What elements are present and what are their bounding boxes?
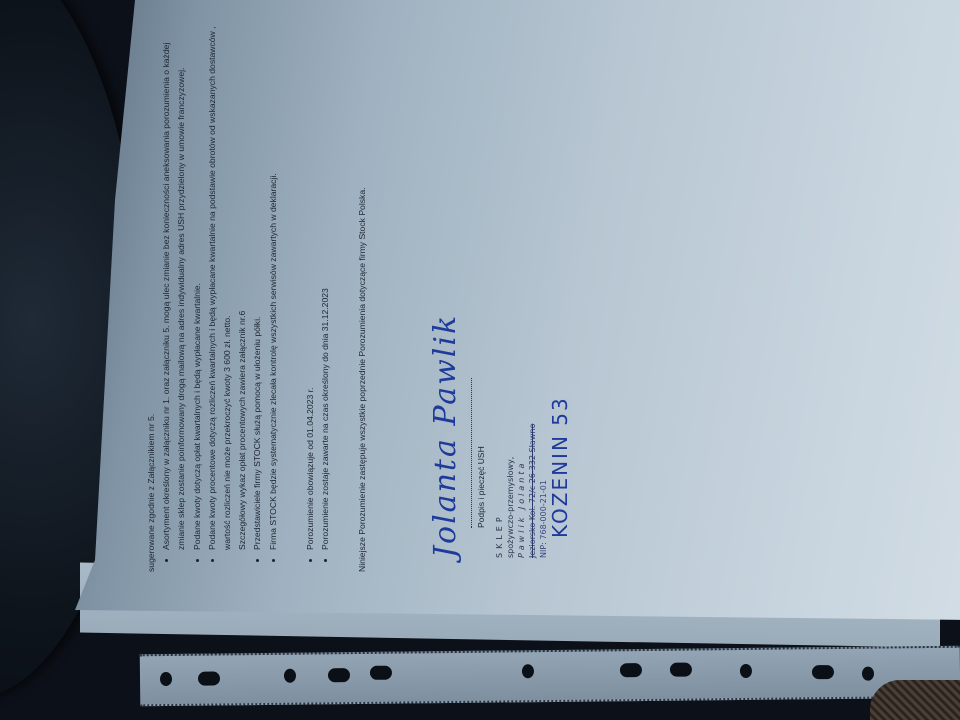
spacer bbox=[333, 12, 355, 572]
bullet-item: Szczegółowy wykaz opłat procentowych zaw… bbox=[235, 12, 250, 550]
bullet-item: Asortyment określony w załączniku nr 1. … bbox=[159, 12, 189, 550]
punch-hole bbox=[862, 667, 874, 681]
punch-hole bbox=[284, 669, 296, 683]
signature-label: Podpis i pieczęć USH bbox=[476, 446, 486, 528]
bullet-item: Przedstawiciele firmy STOCK służą pomocą… bbox=[250, 12, 265, 550]
handwritten-note: KOZENIN 53 bbox=[548, 396, 572, 538]
stamp-line: Pawlik Jolanta bbox=[516, 358, 527, 558]
stamp-line: Jeziorsko Kol. 72/c 26-332 Sławno bbox=[527, 358, 538, 558]
punch-hole bbox=[812, 665, 834, 679]
punch-hole bbox=[370, 666, 392, 680]
punch-hole bbox=[740, 664, 752, 678]
bullet-list-validity: Porozumienie obowiązuje od 01.04.2023 r.… bbox=[303, 12, 333, 572]
fabric-corner bbox=[870, 680, 960, 720]
bullet-item: Firma STOCK będzie systematycznie zlecał… bbox=[266, 12, 281, 550]
company-stamp: SKLEP spożywczo-przemysłowy, Pawlik Jola… bbox=[494, 358, 549, 558]
bullet-list-assortment: Asortyment określony w załączniku nr 1. … bbox=[159, 12, 189, 572]
punch-hole bbox=[522, 664, 534, 678]
punch-hole bbox=[620, 663, 642, 677]
signature-line bbox=[471, 378, 472, 528]
bullet-list-fees: Podane kwoty dotyczą opłat kwartalnych i… bbox=[190, 12, 251, 572]
intro-line: sugerowane zgodnie z Załącznikiem nr 5. bbox=[144, 12, 159, 572]
punch-hole bbox=[328, 668, 350, 682]
punch-hole bbox=[160, 672, 172, 686]
closing-paragraph: Niniejsze Porozumienie zastępuje wszystk… bbox=[355, 12, 370, 572]
bullet-item: Podane kwoty dotyczą opłat kwartalnych i… bbox=[190, 12, 205, 550]
bullet-item: Porozumienie zostaje zawarte na czas okr… bbox=[318, 12, 333, 550]
sheet-protector-strip bbox=[140, 646, 960, 707]
document-text: sugerowane zgodnie z Załącznikiem nr 5. … bbox=[144, 12, 370, 572]
stamp-line: spożywczo-przemysłowy, bbox=[505, 358, 516, 558]
handwritten-signature: Jolanta Pawlik bbox=[428, 314, 463, 558]
stamp-line: SKLEP bbox=[494, 358, 505, 558]
bullet-list-stock: Przedstawiciele firmy STOCK służą pomocą… bbox=[250, 12, 280, 572]
bullet-item: Porozumienie obowiązuje od 01.04.2023 r. bbox=[303, 12, 318, 550]
spacer bbox=[281, 12, 303, 572]
punch-hole bbox=[198, 671, 220, 685]
punch-hole bbox=[670, 663, 692, 677]
bullet-item: Podane kwoty procentowe dotyczą rozlicze… bbox=[205, 12, 235, 550]
